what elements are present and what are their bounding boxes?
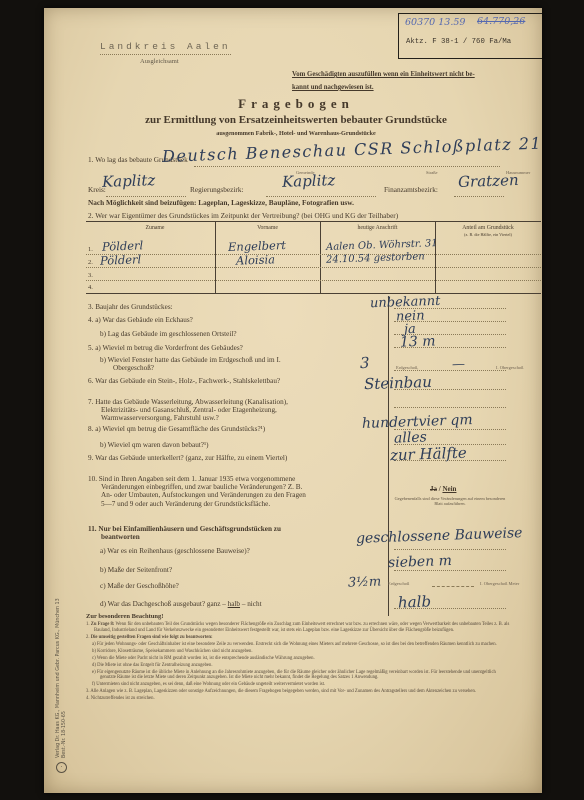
col-anschrift: heutige Anschrift xyxy=(320,225,435,231)
owners-table: Zuname Vorname heutige Anschrift Anteil … xyxy=(86,221,541,294)
answer-seitenfront: sieben m xyxy=(388,553,452,571)
table-row-line xyxy=(86,254,541,255)
notice-item-2f: f) Untermieten sind nicht anzugeben, es … xyxy=(92,682,512,688)
notice-body: 1. Zu Frage 8: Wenn für den unbebauten T… xyxy=(86,622,512,703)
answer-geschosshoehe: 3½m xyxy=(348,574,382,590)
attach-note: Nach Möglichkeit sind beizufügen: Lagepl… xyxy=(88,198,354,207)
notice-item-2b: b) Korridore, Klosetträume, Speisekammer… xyxy=(92,649,512,655)
q1-strasse-label: Straße xyxy=(426,170,438,175)
q1-answer-line xyxy=(194,166,500,167)
answer-unterkellert: zur Hälfte xyxy=(390,444,467,465)
answer-vorderfront: 13 m xyxy=(400,333,436,350)
kreis-line xyxy=(106,196,186,197)
scan-backdrop: Landkreis Aalen Ausgleichsamt 60370 13.5… xyxy=(0,0,584,800)
form-title: Fragebogen xyxy=(86,96,506,112)
file-reference-box: 60370 13.59 64.770,26 Aktz. F 38-1 / 760… xyxy=(398,13,542,59)
q2-label: 2. Wer war Eigentümer des Grundstückes i… xyxy=(88,211,398,220)
answer-dachgeschoss: halb xyxy=(398,592,432,611)
question-8a: 8. a) Wieviel qm betrug die Gesamtfläche… xyxy=(88,425,306,433)
table-row-line xyxy=(86,267,541,268)
form-subtitle: zur Ermittlung von Ersatzeinheitswerten … xyxy=(66,114,526,126)
question-11d: d) War das Dachgeschoß ausgebaut? ganz –… xyxy=(100,600,318,608)
table-divider-2 xyxy=(320,222,321,294)
notice-item-4: 4. Nichtzutreffendes ist zu streichen. xyxy=(86,696,512,702)
answer-line xyxy=(394,549,506,550)
row1-vorname: Engelbert xyxy=(228,238,286,254)
answer-line xyxy=(394,407,506,408)
kreis-handwritten: Kaplitz xyxy=(102,171,156,191)
regbez-line xyxy=(266,196,376,197)
answer-bebaut: alles xyxy=(394,429,427,446)
notice-item-2e: e) Für eigengenutzte Räume ist die üblic… xyxy=(92,670,512,681)
fill-instruction-line1: Vom Geschädigten auszufüllen wenn ein Ei… xyxy=(292,71,475,78)
nein-option: Nein xyxy=(442,485,456,493)
notice-item-1: 1. Zu Frage 8: Wenn für den unbebauten T… xyxy=(86,622,512,633)
regbez-label: Regierungsbezirk: xyxy=(190,185,244,194)
row2-anschrift: 24.10.54 gestorben xyxy=(326,251,425,265)
file-number-struck: 64.770,26 xyxy=(477,16,525,27)
finanzamt-line xyxy=(454,196,504,197)
fill-instruction: Vom Geschädigten auszufüllen wenn ein Ei… xyxy=(292,68,542,94)
question-5b: b) Wieviel Fenster hatte das Gebäude im … xyxy=(100,356,318,372)
answer-ja-nein: Ja / Nein xyxy=(430,485,456,493)
question-11-heading: 11. Nur bei Einfamilienhäusern und Gesch… xyxy=(88,525,306,541)
printer-imprint: Verlag Dr. Haas KG., Mannheim und Gebr. … xyxy=(56,598,68,758)
notice-item-3: 3. Alle Anlagen wie z. B. Lageplan, Lage… xyxy=(86,689,512,695)
question-11b: b) Maße der Seitenfront? xyxy=(100,566,318,574)
row2-vorname: Aloisia xyxy=(236,252,275,267)
answer-bauart: Steinbau xyxy=(364,373,432,393)
row1-number: 1. xyxy=(88,246,93,253)
printer-bestnr: Best.-Nr. 18-150-65 xyxy=(62,598,68,758)
answer-reihenhaus: geschlossene Bauweise xyxy=(356,525,523,547)
question-4b: b) Lag das Gebäude im geschlossenen Orts… xyxy=(100,330,318,338)
q2-number: 2. xyxy=(88,211,93,220)
question-3: 3. Baujahr des Grundstückes: xyxy=(88,303,306,311)
question-8b: b) Wieviel qm waren davon bebaut?¹) xyxy=(100,441,318,449)
q2-text: Wer war Eigentümer des Grundstückes im Z… xyxy=(95,211,398,220)
row2-number: 2. xyxy=(88,259,93,266)
veraenderungen-note: Gegebenenfalls sind diese Veränderungen … xyxy=(390,496,510,506)
regbez-handwritten: Kaplitz xyxy=(282,171,336,191)
form-page: Landkreis Aalen Ausgleichsamt 60370 13.5… xyxy=(44,8,542,793)
row2-zuname: Pölderl xyxy=(100,252,142,267)
notice-item-2d: d) Die Miete ist ohne das Entgelt für Ze… xyxy=(92,663,512,669)
question-11a: a) War es ein Reihenhaus (geschlossene B… xyxy=(100,547,318,555)
question-4a: 4. a) War das Gebäude ein Eckhaus? xyxy=(88,316,306,324)
finanzamt-label: Finanzamtsbezirk: xyxy=(384,185,438,194)
ja-nein-separator: / xyxy=(439,485,441,493)
label-erdgeschoss: Erdgeschoß, xyxy=(396,365,418,370)
form-subtitle-note: ausgenommen Fabrik-, Hotel- und Warenhau… xyxy=(86,130,506,137)
question-10: 10. Sind in Ihren Angaben seit dem 1. Ja… xyxy=(88,475,306,508)
question-7: 7. Hatte das Gebäude Wasserleitung, Abwa… xyxy=(88,398,306,423)
printers-mark-icon: · xyxy=(56,762,67,773)
q1-number: 1. xyxy=(88,155,93,164)
table-divider-1 xyxy=(215,222,216,294)
row3-number: 3. xyxy=(88,272,93,279)
table-row-line xyxy=(86,280,541,281)
col-zuname: Zuname xyxy=(96,225,214,231)
file-number-handwritten: 60370 13.59 xyxy=(405,17,465,28)
file-ref: Aktz. F 38-1 / 760 Fa/Ma xyxy=(406,38,511,46)
answer-fenster-og: — xyxy=(452,357,466,372)
notice-heading: Zur besonderen Beachtung! xyxy=(86,613,163,620)
notice-item-2: 2. Die umseitig gestellten Fragen sind w… xyxy=(86,635,512,641)
q1-answer-handwritten: Deutsch Beneschau CSR Schloßplatz 219 xyxy=(162,133,542,166)
question-9: 9. War das Gebäude unterkellert? (ganz, … xyxy=(88,454,306,462)
row4-number: 4. xyxy=(88,284,93,291)
question-6: 6. War das Gebäude ein Stein-, Holz-, Fa… xyxy=(88,377,306,385)
label-erdgeschoss-11c: Erdgeschoß xyxy=(388,581,409,586)
office-stamp-dept: Ausgleichsamt xyxy=(140,58,179,65)
label-obergeschoss: I. Obergeschoß xyxy=(496,365,523,370)
question-11c: c) Maße der Geschoßhöhe? xyxy=(100,582,318,590)
col-anteil-sub: (z. B. die Hälfte, ein Viertel) xyxy=(435,232,541,237)
table-bottom-line xyxy=(86,293,541,294)
ja-option: Ja xyxy=(430,485,437,493)
notice-item-2a: a) Für jeden Wohnungs- oder Geschäftsinh… xyxy=(92,642,512,648)
geschosshoehe-dash-line xyxy=(432,586,474,587)
col-anteil: Anteil am Grundstück xyxy=(435,225,541,231)
notice-item-2c: c) Wenn die Miete oder Pacht nicht in RM… xyxy=(92,656,512,662)
office-stamp: Landkreis Aalen xyxy=(100,41,231,55)
answer-line xyxy=(394,370,506,371)
answer-fenster-eg: 3 xyxy=(360,354,370,372)
question-5a: 5. a) Wieviel m betrug die Vorderfront d… xyxy=(88,344,306,352)
col-vorname: Vorname xyxy=(215,225,320,231)
finanzamt-handwritten: Gratzen xyxy=(458,171,519,191)
label-obergeschoss-meter: I. Obergeschoß Meter xyxy=(480,581,519,586)
fill-instruction-line2: kannt und nachgewiesen ist. xyxy=(292,84,374,91)
